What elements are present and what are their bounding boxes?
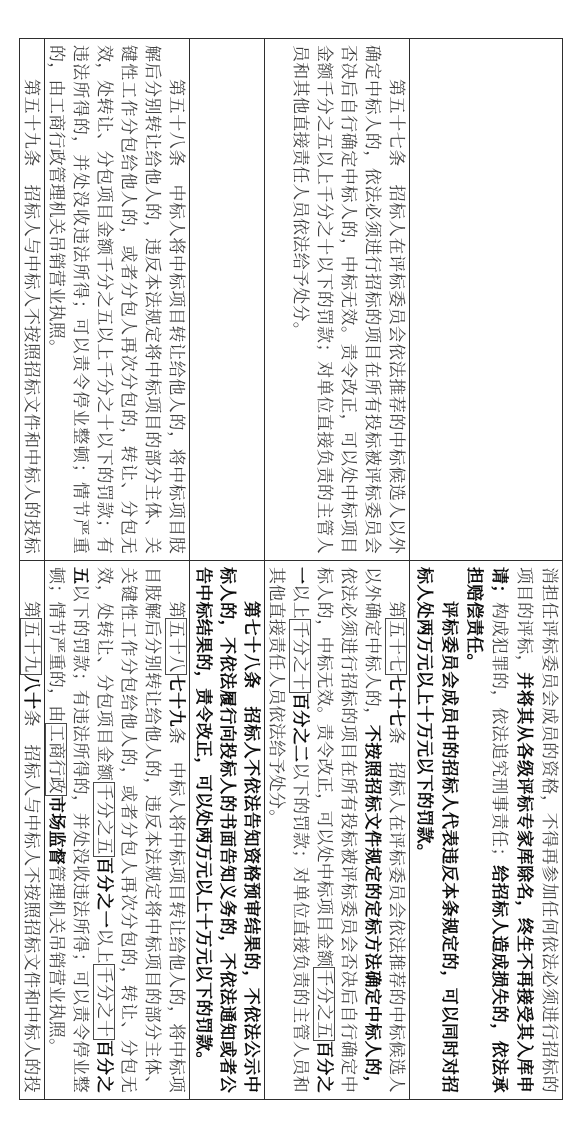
deleted-text-run: 工商行政	[45, 723, 67, 796]
deleted-text-run: 千分之十	[93, 964, 115, 1040]
deleted-text-run: 千分之十	[289, 619, 311, 693]
text-run: 构成犯罪的，依法追究刑事责任；	[489, 602, 509, 865]
inserted-text-run: 百分之一	[94, 857, 114, 929]
cell-left-row3	[190, 39, 264, 561]
cell-right-row5: 第五十九八十条 招标人与中标人不按照招标文件和中标人的投标	[20, 561, 44, 1099]
scanned-page: { "colors": { "bg": "#ffffff", "border":…	[0, 0, 572, 1122]
text-run: 第五十九条 招标人与中标人不按照招标文件和中标人的投标文件	[20, 45, 41, 554]
paragraph: 第五十八条 中标人将中标项目转让给他人的，将中标项目肢解后分别转让给他人的，违反…	[45, 45, 188, 554]
deleted-text-run: 五十九	[20, 618, 42, 674]
rotated-landscape-stage: 消担任评标委员会成员的资格，不得再参加任何依法必须进行招标的项目的评标，并将其从…	[0, 0, 572, 1122]
cell-left-row1	[410, 39, 562, 561]
inserted-text-run: 百分之二	[290, 693, 310, 763]
paragraph: 第五十九条 招标人与中标人不按照招标文件和中标人的投标文件	[20, 45, 43, 554]
cell-left-row2: 第五十七条 招标人在评标委员会依法推荐的中标候选人以外确定中标人的，依法必须进行…	[265, 39, 409, 561]
text-run: 第	[21, 601, 41, 618]
text-run: 第	[386, 601, 406, 618]
cell-left-row4: 第五十八条 中标人将中标项目转让给他人的，将中标项目肢解后分别转让给他人的，违反…	[45, 39, 189, 561]
paragraph: 第五十八七十九条 中标人将中标项目转让给他人的，将中标项目肢解后分别转让给他人的…	[45, 567, 188, 1093]
paragraph: 评标委员会成员中的招标人代表违反本条规定的，可以同时对招标人处两万元以上十万元以…	[411, 567, 461, 1093]
table-row-3: 第七十八条 招标人不依法告知资格预审结果的，不依法公示中标人的，不依法履行向投标…	[189, 39, 264, 1099]
deleted-text-run: 五十八	[165, 618, 187, 674]
cell-left-row5: 第五十九条 招标人与中标人不按照招标文件和中标人的投标文件	[20, 39, 44, 561]
inserted-text-run: 不按照招标文件规定的定标方法确定中标人的，	[362, 725, 382, 1093]
paragraph: 消担任评标委员会成员的资格，不得再参加任何依法必须进行招标的项目的评标，并将其从…	[461, 567, 561, 1093]
table-row-5: 第五十九条 招标人与中标人不按照招标文件和中标人的投标文件第五十九八十条 招标人…	[20, 39, 44, 1099]
inserted-text-run: 市场监督	[46, 796, 66, 865]
law-comparison-table: 消担任评标委员会成员的资格，不得再参加任何依法必须进行招标的项目的评标，并将其从…	[19, 38, 563, 1100]
inserted-text-run: 七十七	[386, 675, 406, 727]
cell-right-row1: 消担任评标委员会成员的资格，不得再参加任何依法必须进行招标的项目的评标，并将其从…	[410, 561, 562, 1099]
inserted-text-run: 八十	[21, 675, 41, 710]
table-row-4: 第五十八条 中标人将中标项目转让给他人的，将中标项目肢解后分别转让给他人的，违反…	[44, 39, 189, 1099]
inserted-text-run: 第七十八条 招标人不依法告知资格预审结果的，不依法公示中标人的，不依法履行向投标…	[193, 567, 261, 1093]
text-run: 第五十八条 中标人将中标项目转让给他人的，将中标项目肢解后分别转让给他人的，违反…	[46, 45, 186, 554]
paragraph: 第五十九八十条 招标人与中标人不按照招标文件和中标人的投标	[20, 567, 43, 1093]
paragraph: 第七十八条 招标人不依法告知资格预审结果的，不依法公示中标人的，不依法履行向投标…	[191, 567, 263, 1093]
inserted-text-run: 评标委员会成员中的招标人代表违反本条规定的，可以同时对招标人处两万元以上十万元以…	[414, 567, 459, 1093]
inserted-text-run: 七十九	[166, 675, 186, 727]
paragraph: 第五十七七十七条 招标人在评标委员会依法推荐的中标候选人以外确定中标人的，不按照…	[265, 567, 408, 1093]
deleted-text-run: 五十七	[385, 618, 407, 674]
paragraph: 第五十七条 招标人在评标委员会依法推荐的中标候选人以外确定中标人的，依法必须进行…	[288, 45, 408, 554]
cell-right-row2: 第五十七七十七条 招标人在评标委员会依法推荐的中标候选人以外确定中标人的，不按照…	[265, 561, 409, 1099]
table-row-2: 第五十七条 招标人在评标委员会依法推荐的中标候选人以外确定中标人的，依法必须进行…	[264, 39, 409, 1099]
text-run: 以上	[290, 584, 310, 619]
table-row-1: 消担任评标委员会成员的资格，不得再参加任何依法必须进行招标的项目的评标，并将其从…	[409, 39, 562, 1099]
text-run: 以上	[94, 929, 114, 965]
cell-right-row4: 第五十八七十九条 中标人将中标项目转让给他人的，将中标项目肢解后分别转让给他人的…	[45, 561, 189, 1099]
deleted-text-run: 千分之五	[93, 782, 115, 858]
text-run: 第	[166, 601, 186, 618]
text-run: 第五十七条 招标人在评标委员会依法推荐的中标候选人以外确定中标人的，依法必须进行…	[290, 45, 406, 554]
cell-right-row3: 第七十八条 招标人不依法告知资格预审结果的，不依法公示中标人的，不依法履行向投标…	[190, 561, 264, 1099]
paragraph: 前款所列行为影响中标结果的，中标无效。	[410, 567, 411, 1093]
text-run: 管理机关吊销营业执照。	[46, 865, 66, 1055]
deleted-text-run: 千分之五	[313, 967, 335, 1041]
